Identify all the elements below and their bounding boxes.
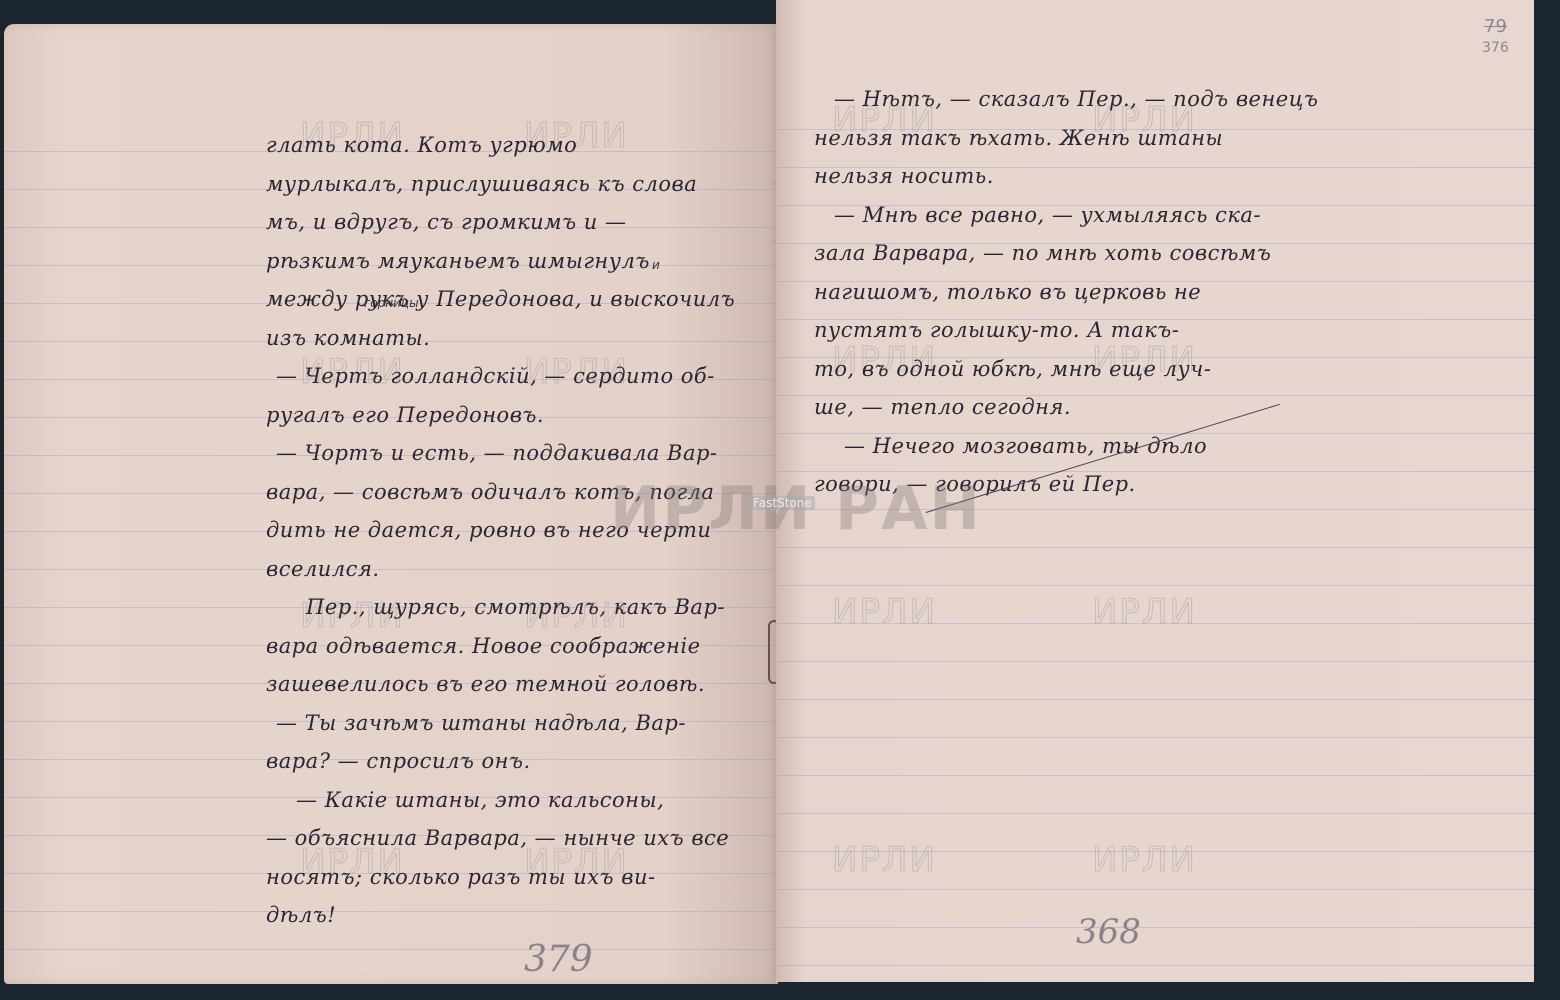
manuscript-line: то, въ одной юбкѣ, мнѣ еще луч- xyxy=(814,350,1334,389)
manuscript-line: — Ты зачѣмъ штаны надѣла, Вар- xyxy=(266,704,766,743)
manuscript-line: вара, — совсѣмъ одичалъ котъ, погла xyxy=(266,473,766,512)
manuscript-line: — Чортъ и есть, — поддакивала Вар- xyxy=(266,434,766,473)
manuscript-line: — объяснила Варвара, — нынче ихъ все xyxy=(266,819,766,858)
manuscript-line: — Нѣтъ, — сказалъ Пер., — подъ венецъ xyxy=(814,80,1334,119)
manuscript-line: рѣзкимъ мяуканьемъ шмыгнулъ xyxy=(266,242,766,281)
manuscript-line: говори, — говорилъ ей Пер. xyxy=(814,465,1334,504)
manuscript-line: зала Варвара, — по мнѣ хоть совсѣмъ xyxy=(814,234,1334,273)
faststone-overlay: FastStone xyxy=(750,496,815,510)
left-page: ИРЛИ ИРЛИ ИРЛИ ИРЛИ ИРЛИ ИРЛИ ИРЛИ ИРЛИ … xyxy=(4,24,778,984)
corner-number-crossed: 79 xyxy=(1484,16,1507,37)
right-page: ИРЛИ ИРЛИ ИРЛИ ИРЛИ ИРЛИ ИРЛИ ИРЛИ ИРЛИ … xyxy=(776,0,1534,982)
right-page-text: — Нѣтъ, — сказалъ Пер., — подъ венецъ не… xyxy=(814,80,1334,504)
manuscript-line: мурлыкалъ, прислушиваясь къ слова xyxy=(266,165,766,204)
manuscript-line: изъ комнаты. xyxy=(266,319,766,358)
corner-number: 376 xyxy=(1482,40,1509,56)
manuscript-line: — Мнѣ все равно, — ухмыляясь ска- xyxy=(814,196,1334,235)
manuscript-line: вара одѣвается. Новое соображеніе xyxy=(266,627,766,666)
manuscript-line: ше, — тепло сегодня. xyxy=(814,388,1334,427)
manuscript-line: носятъ; сколько разъ ты ихъ ви- xyxy=(266,858,766,897)
folio-number: 379 xyxy=(524,939,593,980)
manuscript-line: вара? — спросилъ онъ. xyxy=(266,742,766,781)
manuscript-line: нельзя носить. xyxy=(814,157,1334,196)
manuscript-line: пустятъ голышку-то. А такъ- xyxy=(814,311,1334,350)
manuscript-line: между рукъ у Передонова, и выскочилъ xyxy=(266,280,766,319)
folio-number: 368 xyxy=(1076,912,1141,952)
manuscript-line: Пер., щурясь, смотрѣлъ, какъ Вар- xyxy=(266,588,766,627)
manuscript-line: — Чертъ голландскій, — сердито об- xyxy=(266,357,766,396)
manuscript-line: вселился. xyxy=(266,550,766,589)
manuscript-line: зашевелилось въ его темной головѣ. xyxy=(266,665,766,704)
manuscript-line: нельзя такъ ѣхать. Женѣ штаны xyxy=(814,119,1334,158)
manuscript-line: — Какіе штаны, это кальсоны, xyxy=(266,781,766,820)
manuscript-line: мъ, и вдругъ, съ громкимъ и — xyxy=(266,203,766,242)
interlinear-correction: и xyxy=(652,258,660,272)
manuscript-line: нагишомъ, только въ церковь не xyxy=(814,273,1334,312)
manuscript-line: дить не дается, ровно въ него черти xyxy=(266,511,766,550)
left-page-text: глать кота. Котъ угрюмо мурлыкалъ, присл… xyxy=(266,126,766,935)
notebook-spread: ИРЛИ ИРЛИ ИРЛИ ИРЛИ ИРЛИ ИРЛИ ИРЛИ ИРЛИ … xyxy=(4,18,1534,990)
manuscript-line: глать кота. Котъ угрюмо xyxy=(266,126,766,165)
manuscript-line: — Нечего мозговать, ты дѣло xyxy=(814,427,1334,466)
manuscript-line: ругалъ его Передоновъ. xyxy=(266,396,766,435)
manuscript-line: дѣлъ! xyxy=(266,896,766,935)
interlinear-correction: горницы xyxy=(364,296,419,310)
